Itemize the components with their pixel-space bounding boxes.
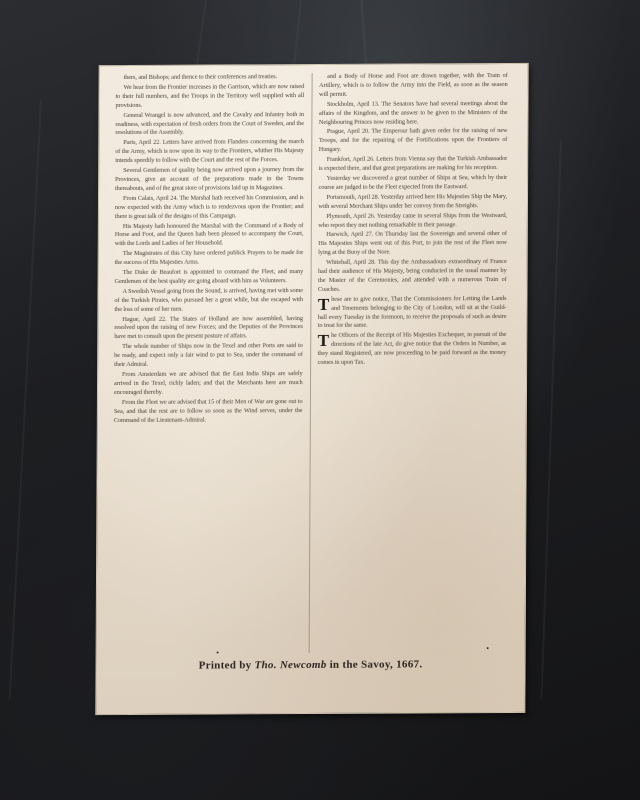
article-paragraph: General Wrangel is now advanced, and the…	[115, 111, 304, 139]
article-paragraph: Frankfort, April 26. Letters from Vienna…	[319, 155, 508, 174]
article-paragraph: Several Gentlemen of quality being now a…	[115, 166, 304, 194]
article-paragraph: Prague, April 20. The Emperour hath give…	[319, 127, 508, 155]
advertisement-text: hese are to give notice, That the Commis…	[318, 295, 507, 330]
article-paragraph: From Amsterdam we are advised that the E…	[114, 370, 303, 398]
left-column: thers, and Bishops; and thence to their …	[107, 73, 311, 654]
article-paragraph: The Duke de Beaufort is appointed to com…	[115, 268, 304, 287]
article-paragraph: thers, and Bishops; and thence to their …	[116, 73, 305, 83]
advertisement: The Officers of the Receipt of His Majes…	[318, 331, 507, 368]
text-columns: thers, and Bishops; and thence to their …	[107, 72, 514, 654]
article-paragraph: His Majesty hath honoured the Marshal wi…	[115, 222, 304, 250]
article-paragraph: Harwich, April 27. On Thursday last the …	[318, 230, 507, 258]
right-column: and a Body of Horse and Foot are drawn t…	[310, 72, 514, 653]
drop-cap: T	[318, 297, 329, 312]
article-paragraph: Whitehall, April 28. This day the Ambass…	[318, 258, 507, 295]
table-scratch	[9, 100, 42, 699]
article-paragraph: and a Body of Horse and Foot are drawn t…	[319, 72, 508, 100]
article-paragraph: Plymouth, April 26. Yesterday came in se…	[318, 212, 507, 231]
advertisement-text: he Officers of the Receipt of His Majest…	[318, 331, 507, 366]
article-paragraph: Portsmouth, April 28. Yesterday arrived …	[318, 193, 507, 212]
article-paragraph: Stockholm, April 13. The Senators have h…	[319, 100, 508, 128]
drop-cap: T	[318, 333, 329, 348]
imprint-suffix: in the Savoy, 1667.	[327, 658, 423, 671]
newspaper-page: thers, and Bishops; and thence to their …	[95, 63, 528, 715]
printer-imprint: Printed by Tho. Newcomb in the Savoy, 16…	[97, 658, 525, 672]
article-paragraph: Yesterday we discovered a great number o…	[319, 174, 508, 193]
table-scratch	[540, 140, 562, 700]
ink-speck	[487, 647, 489, 649]
table-scratch	[360, 0, 368, 70]
article-paragraph: A Swedish Vessel going from the Sound, i…	[114, 287, 303, 315]
article-paragraph: From Calais, April 24. The Marshal hath …	[115, 194, 304, 222]
article-paragraph: The whole number of Ships now in the Tex…	[114, 342, 303, 370]
ink-speck	[217, 651, 219, 653]
imprint-printer: Tho. Newcomb	[254, 659, 326, 671]
article-paragraph: From the Fleet we are advised that 15 of…	[114, 398, 303, 426]
advertisement: These are to give notice, That the Commi…	[318, 295, 507, 332]
article-paragraph: The Magistrates of this City have ordere…	[115, 249, 304, 268]
article-paragraph: We hear from the Frontier increases in t…	[115, 83, 304, 111]
imprint-prefix: Printed by	[199, 659, 255, 671]
article-paragraph: Hague, April 22. The States of Holland a…	[114, 315, 303, 343]
article-paragraph: Paris, April 22. Letters have arrived fr…	[115, 138, 304, 166]
